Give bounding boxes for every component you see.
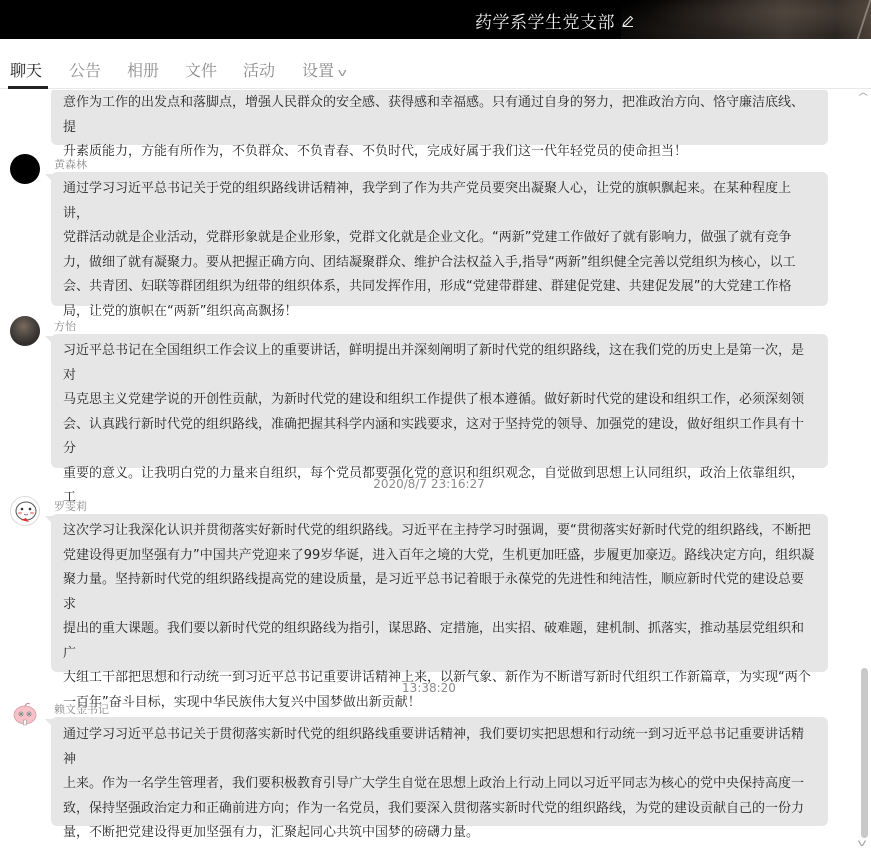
tab-announcements[interactable]: 公告 [69,58,101,81]
sender-name: 黄森林 [54,156,87,172]
bubble-tail [45,516,53,524]
avatar-fang-yi[interactable] [10,316,40,346]
message-line: 意作为工作的出发点和落脚点，增强人民群众的安全感、获得感和幸福感。只有通过自身的… [63,95,804,135]
sender-name: 赖文金书记 [54,701,109,717]
message-line: 这次学习让我深化认识并贯彻落实好新时代党的组织路线。习近平在主持学习时强调，要“… [63,523,811,538]
message-bubble: 意作为工作的出发点和落脚点，增强人民群众的安全感、获得感和幸福感。只有通过自身的… [51,90,828,145]
message-line: 习近平总书记在全国组织工作会议上的重要讲话，鲜明提出并深刻阐明了新时代党的组织路… [63,343,804,383]
message-line: 通过学习习近平总书记关于贯彻落实新时代党的组织路线重要讲话精神，我们要切实把思想… [63,727,804,767]
bubble-tail [45,336,53,344]
group-title-wrap: 药学系学生党支部 [475,8,635,33]
active-tab-indicator [8,86,48,89]
pink-cartoon-icon [10,699,40,729]
message-bubble: 这次学习让我深化认识并贯彻落实好新时代党的组织路线。习近平在主持学习时强调，要“… [51,514,828,672]
avatar-huang-senlin[interactable] [10,154,40,184]
timestamp: 2020/8/7 23:16:27 [0,477,858,491]
sender-name: 方怡 [54,318,76,334]
message-line: 马克思主义党建学说的开创性贡献，为新时代党的建设和组织工作提供了根本遵循。做好新… [63,392,804,407]
tab-files[interactable]: 文件 [185,58,217,81]
message-line: 致，保持坚强政治定力和正确前进方向；作为一名党员，我们要深入贯彻落实新时代党的组… [63,801,804,816]
message-line: 通过学习习近平总书记关于党的组织路线讲话精神，我学到了作为共产党员要突出凝聚人心… [63,181,791,221]
timestamp: 13:38:20 [0,681,858,695]
tab-chat[interactable]: 聊天 [10,58,42,81]
message-bubble: 通过学习习近平总书记关于贯彻落实新时代党的组织路线重要讲话精神，我们要切实把思想… [51,717,828,826]
bubble-tail [45,174,53,182]
bubble-tail [45,719,53,727]
avatar-luo-wenli[interactable] [10,496,40,526]
tab-activities[interactable]: 活动 [243,58,275,81]
message-line: 会、认真践行新时代党的组织路线，准确把握其科学内涵和实践要求，这对于坚持党的领导… [63,417,804,457]
message-line: 一百年”奋斗目标，实现中华民族伟大复兴中国梦做出新贡献！ [63,695,421,710]
group-title: 药学系学生党支部 [475,8,615,33]
header-background-image [621,0,871,39]
message-line: 量，不断把党建设得更加坚强有力，汇聚起同心共筑中国梦的磅礴力量。 [63,825,479,840]
group-header: 药学系学生党支部 [0,0,871,39]
message-line: 提出的重大课题。我们要以新时代党的组织路线为指引，谋思路、定措施，出实招、破难题… [63,621,804,661]
sender-name: 罗雯莉 [54,498,87,514]
tab-settings[interactable]: 设置v [302,58,346,81]
tab-bar: 聊天 公告 相册 文件 活动 设置v [0,39,871,89]
message-bubble: 通过学习习近平总书记关于党的组织路线讲话精神，我学到了作为共产党员要突出凝聚人心… [51,172,828,306]
tab-album[interactable]: 相册 [127,58,159,81]
chevron-down-icon: v [338,66,347,79]
chevron-down-icon[interactable]: v [857,838,866,849]
message-line: 局，让党的旗帜在“两新”组织高高飘扬！ [63,304,297,319]
message-line: 聚力量。坚持新时代党的组织路线提高党的建设质量，是习近平总书记着眼于永葆党的先进… [63,572,804,612]
message-bubble: 习近平总书记在全国组织工作会议上的重要讲话，鲜明提出并深刻阐明了新时代党的组织路… [51,334,828,468]
message-line: 力，做细了就有凝聚力。要从把握正确方向、团结凝聚群众、维护合法权益入手,指导“两… [63,255,796,270]
message-line: 党群活动就是企业活动，党群形象就是企业形象，党群文化就是企业文化。“两新”党建工… [63,230,791,245]
chat-message-list[interactable]: 意作为工作的出发点和落脚点，增强人民群众的安全感、获得感和幸福感。只有通过自身的… [0,90,858,851]
message-line: 会、共青团、妇联等群团组织为纽带的组织体系，共同发挥作用，形成“党建带群建、群建… [63,279,791,294]
pencil-icon[interactable] [621,14,635,28]
message-line: 上来。作为一名学生管理者，我们要积极教育引导广大学生自觉在思想上政治上行动上同以… [63,776,804,791]
message-line: 党建设得更加坚强有力”中国共产党迎来了99岁华诞，进入百年之境的大党，生机更加旺… [63,548,814,563]
cartoon-face-icon [11,497,40,526]
avatar-lai-wenjin[interactable] [10,699,40,729]
scrollbar-thumb[interactable] [861,668,868,838]
tab-settings-label: 设置 [302,61,334,80]
message-line: 升素质能力，方能有所作为，不负群众、不负青春、不负时代，完成好属于我们这一代年轻… [63,144,687,159]
chevron-up-icon[interactable]: ^ [856,92,869,103]
